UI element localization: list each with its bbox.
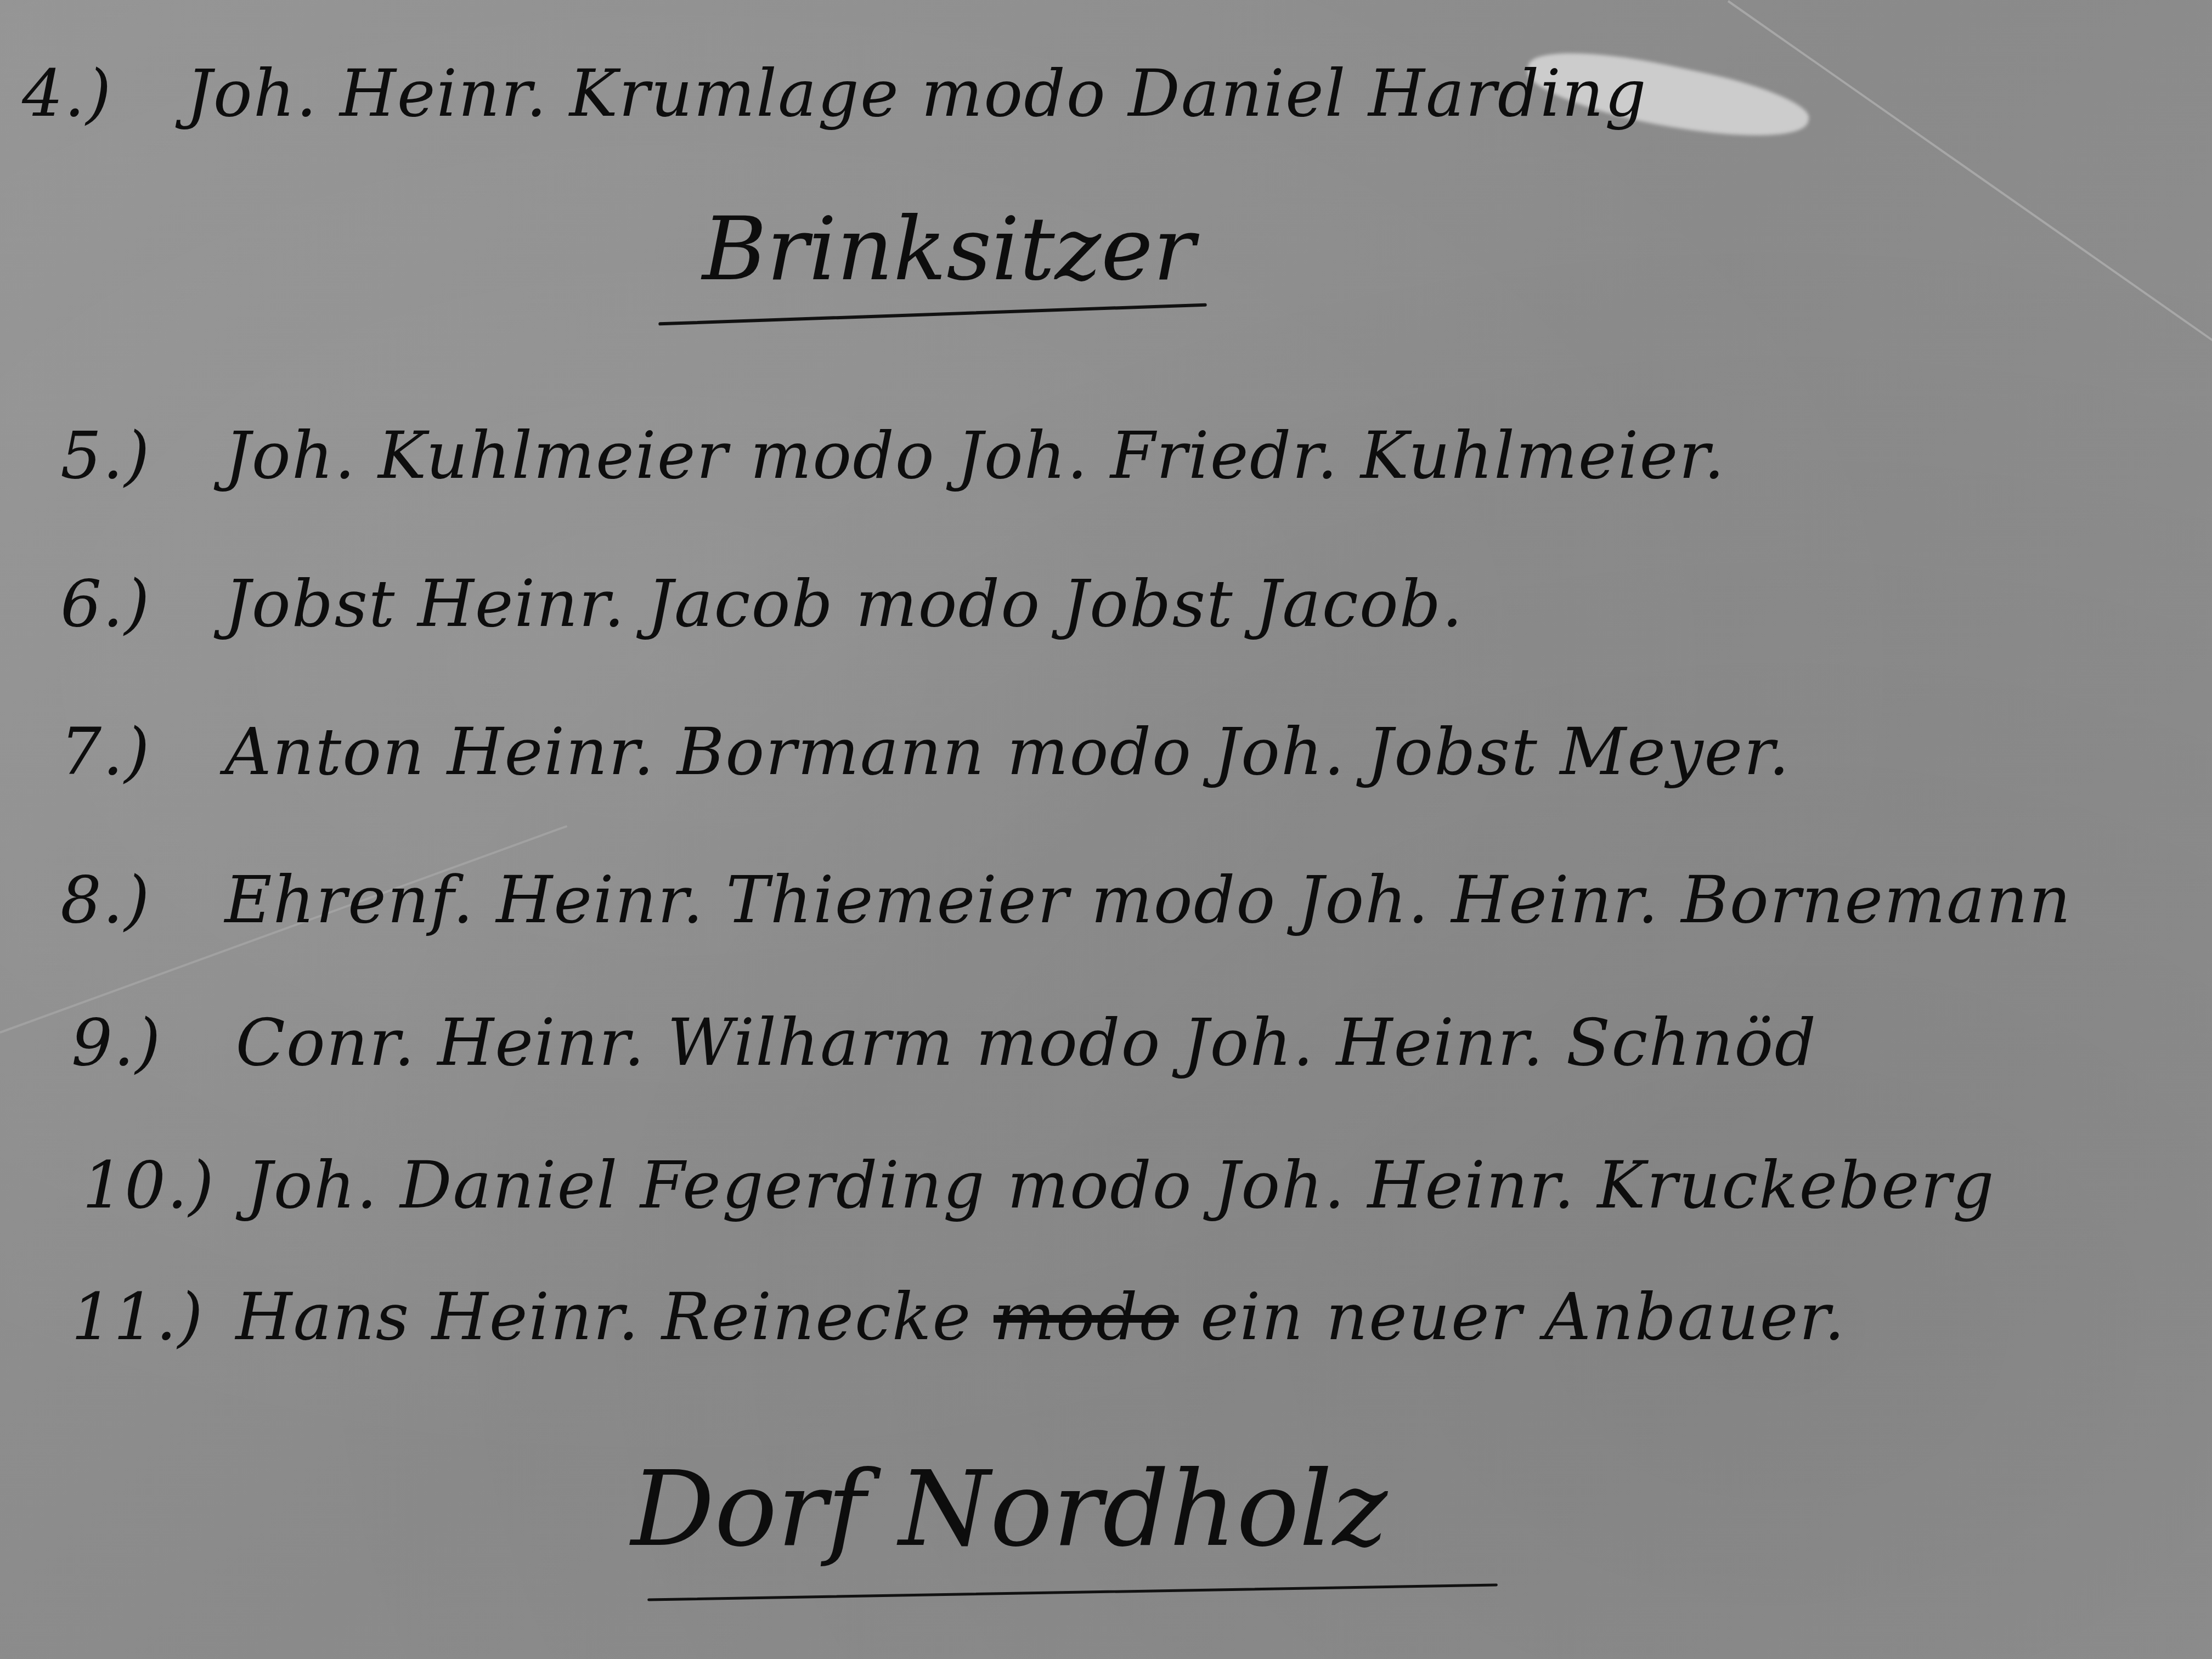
entry-current-owner: Daniel Harding	[1128, 55, 1647, 131]
entry-number: 11.)	[71, 1278, 214, 1356]
footer-heading: Dorf Nordholz	[631, 1448, 1387, 1570]
entry-connector: modo	[1007, 1147, 1193, 1223]
entry-former-owner: Ehrenf. Heinr. Thiemeier	[225, 862, 1070, 938]
entry-line-10: 10.) Joh. Daniel Fegerding modo Joh. Hei…	[82, 1147, 1995, 1224]
entry-line-6: 6.) Jobst Heinr. Jacob modo Jobst Jacob.	[60, 565, 1464, 643]
entry-current-owner: Joh. Heinr. Bornemann	[1298, 862, 2072, 938]
entry-connector: modo	[921, 55, 1107, 131]
section-heading: Brinksitzer	[702, 198, 1195, 300]
entry-number: 7.)	[60, 713, 203, 791]
entry-former-owner: Conr. Heinr. Wilharm	[236, 1005, 955, 1080]
entry-connector: modo	[856, 566, 1041, 641]
entry-current-owner: Joh. Heinr. Kruckeberg	[1214, 1147, 1995, 1223]
entry-number: 8.)	[60, 861, 203, 939]
entry-number: 4.)	[22, 55, 165, 133]
entry-line-8: 8.) Ehrenf. Heinr. Thiemeier modo Joh. H…	[60, 861, 2072, 939]
entry-former-owner: Joh. Kuhlmeier	[225, 417, 729, 493]
entry-connector-struck-through: modo	[994, 1279, 1179, 1355]
entry-line-5: 5.) Joh. Kuhlmeier modo Joh. Friedr. Kuh…	[60, 417, 1725, 495]
entry-former-owner: Joh. Heinr. Krumlage	[187, 55, 900, 131]
entry-connector: modo	[1007, 714, 1193, 789]
entry-number: 6.)	[60, 565, 203, 643]
entry-number: 5.)	[60, 417, 203, 495]
entry-former-owner: Jobst Heinr. Jacob	[225, 566, 834, 641]
entry-line-9: 9.) Conr. Heinr. Wilharm modo Joh. Heinr…	[71, 1004, 1817, 1082]
entry-current-owner: Joh. Jobst Meyer.	[1214, 714, 1791, 789]
entry-current-owner: Joh. Friedr. Kuhlmeier.	[957, 417, 1725, 493]
entry-current-owner: Jobst Jacob.	[1063, 566, 1464, 641]
entry-connector: modo	[1091, 862, 1277, 938]
entry-number: 9.)	[71, 1004, 214, 1082]
entry-line-7: 7.) Anton Heinr. Bormann modo Joh. Jobst…	[60, 713, 1790, 791]
entry-line-4: 4.) Joh. Heinr. Krumlage modo Daniel Har…	[22, 55, 1647, 133]
entry-former-owner: Joh. Daniel Fegerding	[247, 1147, 986, 1223]
entry-current-owner: ein neuer Anbauer.	[1200, 1279, 1846, 1355]
entry-connector: modo	[976, 1005, 1161, 1080]
entry-current-owner: Joh. Heinr. Schnöd	[1183, 1005, 1817, 1080]
entry-line-11: 11.) Hans Heinr. Reinecke modo ein neuer…	[71, 1278, 1846, 1356]
entry-former-owner: Anton Heinr. Bormann	[225, 714, 986, 789]
entry-number: 10.)	[82, 1147, 225, 1224]
entry-former-owner: Hans Heinr. Reinecke	[236, 1279, 972, 1355]
entry-connector: modo	[750, 417, 935, 493]
